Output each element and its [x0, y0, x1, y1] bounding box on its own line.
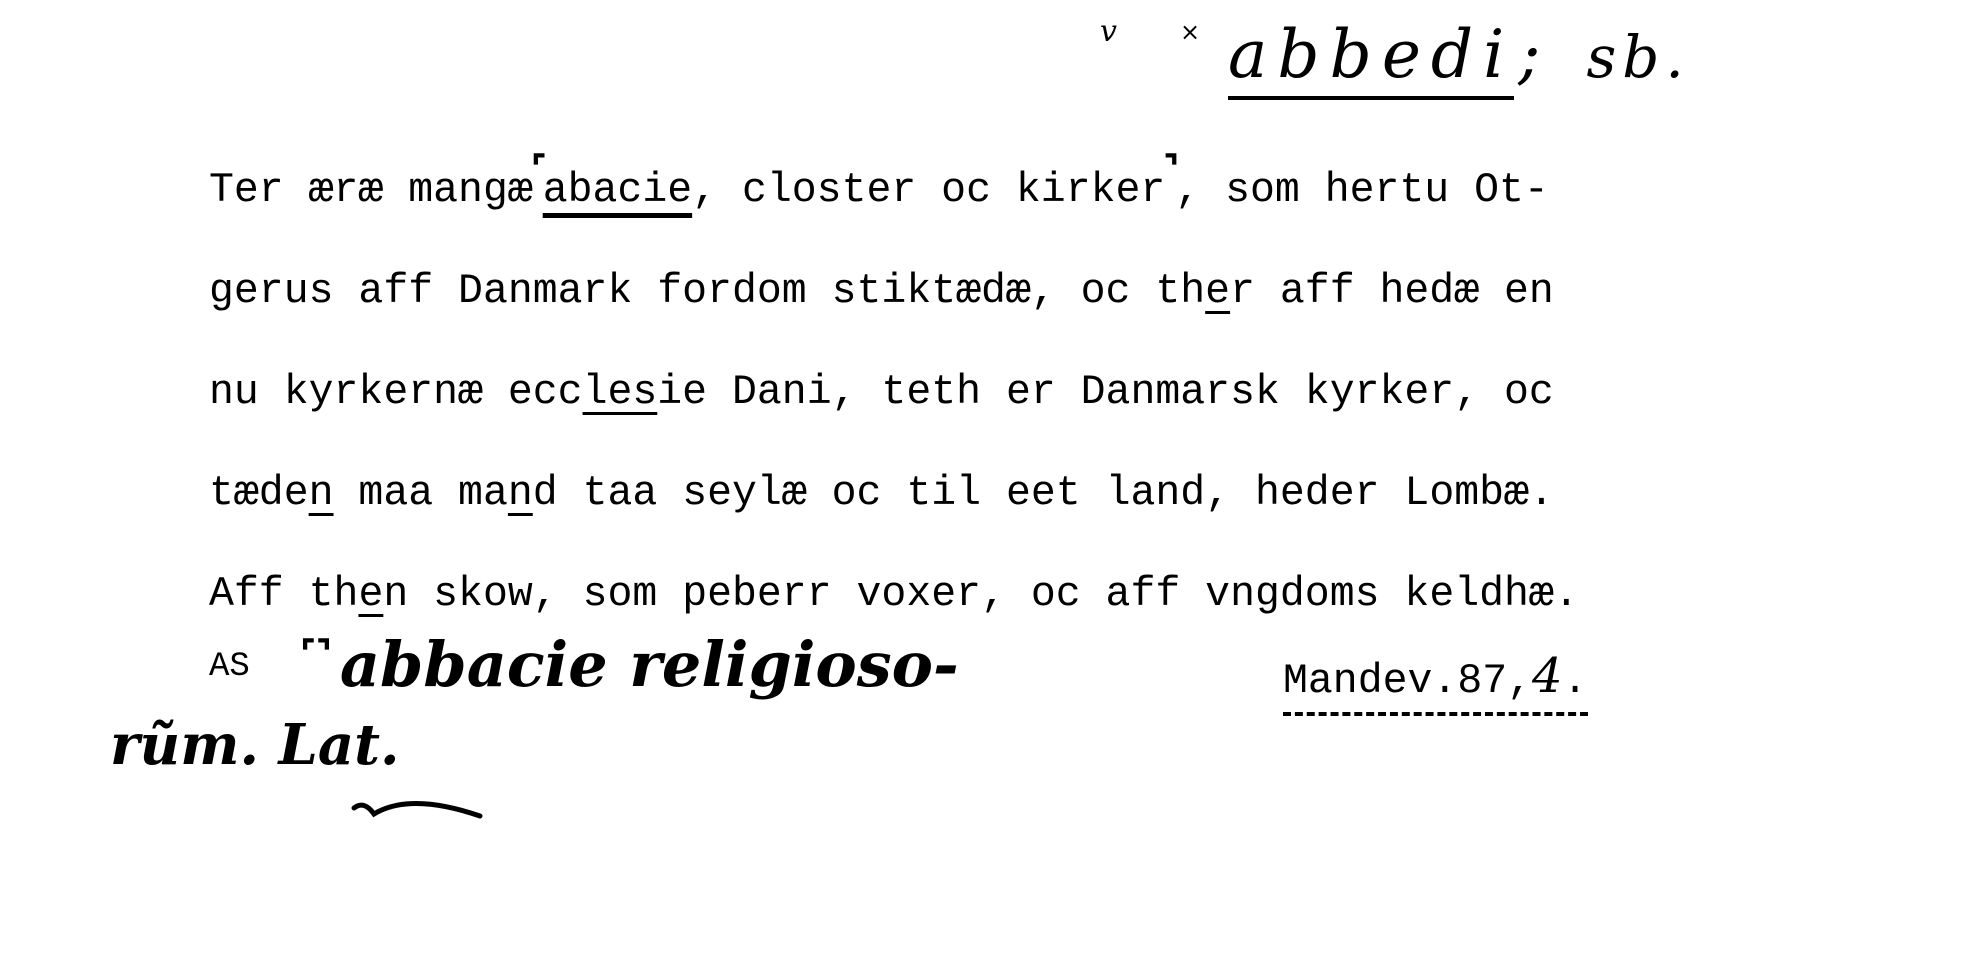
source-typed: Mandev.87, — [1283, 658, 1532, 705]
gloss-end: . — [380, 712, 400, 778]
check-mark-icon: v — [1100, 14, 1117, 49]
text-line: Ter æræ mangæ⌜abacie, closter oc kirker⌝… — [209, 140, 1579, 241]
bracket-mark: ⌜ — [531, 148, 547, 188]
gloss-text-1: abbacie religioso- — [340, 628, 959, 701]
gloss-word: rũm. — [110, 712, 259, 778]
underlined-text: les — [583, 369, 658, 416]
underlined-text: n — [508, 470, 533, 517]
wavy-underline-icon — [350, 786, 490, 826]
gloss-line-2: rũm. Lat. — [110, 712, 400, 778]
citation-text: Ter æræ mangæ⌜abacie, closter oc kirker⌝… — [209, 140, 1579, 645]
text-segment: Aff th — [209, 571, 358, 618]
text-segment: r aff hedæ en — [1230, 268, 1554, 315]
source-handwritten-number: 4 — [1532, 648, 1563, 704]
underlined-text: e — [358, 571, 383, 618]
text-segment: tæde — [209, 470, 309, 517]
text-segment: n skow, som peberr voxer, oc aff vngdoms… — [383, 571, 1578, 618]
text-segment: , som hertu Ot- — [1175, 167, 1549, 214]
text-segment: Ter æræ mangæ — [209, 167, 533, 214]
text-segment: d taa seylæ oc til eet land, heder Lombæ… — [533, 470, 1554, 517]
headword: abbedi;sb. — [1228, 16, 1690, 100]
text-line: gerus aff Danmark fordom stiktædæ, oc th… — [209, 241, 1579, 342]
text-line: tæden maa mand taa seylæ oc til eet land… — [209, 443, 1579, 544]
text-segment: nu kyrkernæ ecc — [209, 369, 583, 416]
text-segment: gerus aff Danmark fordom stiktædæ, oc th — [209, 268, 1205, 315]
headword-separator: ; — [1518, 16, 1550, 93]
text-segment: maa ma — [334, 470, 508, 517]
index-card: v × abbedi;sb. Ter æræ mangæ⌜abacie, clo… — [0, 0, 1973, 968]
bracket-mark: ⌝ — [1163, 148, 1179, 188]
gloss-language: Lat — [278, 712, 380, 778]
text-line: nu kyrkernæ ecclesie Dani, teth er Danma… — [209, 342, 1579, 443]
cross-mark-icon: × — [1180, 18, 1200, 46]
source-end-mark: . — [1563, 658, 1588, 705]
source-prefix: AS — [209, 648, 250, 686]
underlined-text: n — [309, 470, 334, 517]
headword-word: abbedi — [1228, 20, 1514, 100]
part-of-speech: sb. — [1587, 23, 1690, 91]
gloss-line-1: ⌜⌝abbacie religioso- — [300, 628, 959, 701]
source-reference: Mandev.87,4. — [1283, 650, 1588, 716]
underlined-headword: abacie — [543, 167, 692, 214]
underlined-text: e — [1205, 268, 1230, 315]
bracket-marks: ⌜⌝ — [300, 633, 332, 673]
text-segment: , closter oc kirker — [692, 167, 1165, 214]
text-segment: ie Dani, teth er Danmarsk kyrker, oc — [657, 369, 1554, 416]
